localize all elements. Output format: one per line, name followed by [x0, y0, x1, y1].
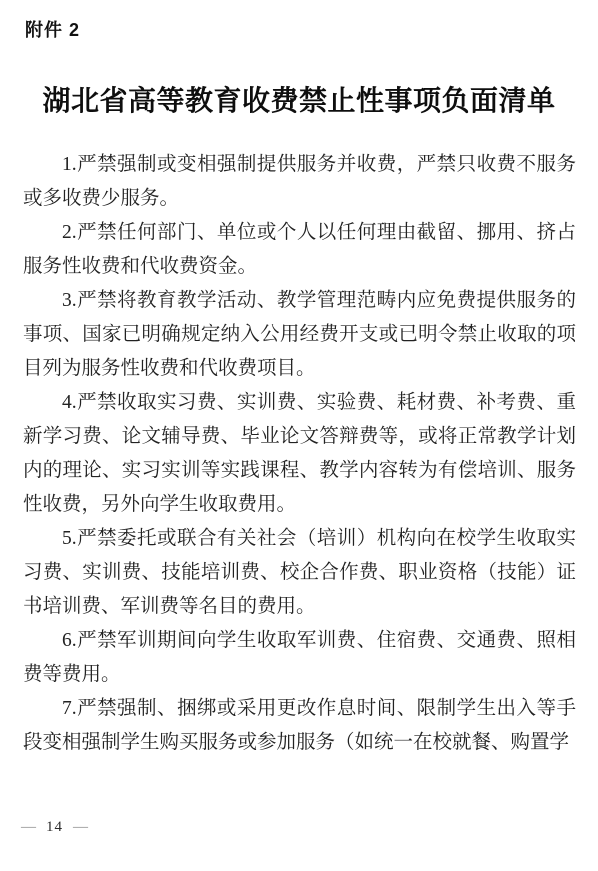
footer-page-number: 14 [46, 819, 63, 835]
body-paragraph-4: 4.严禁收取实习费、实训费、实验费、耗材费、补考费、重新学习费、论文辅导费、毕业… [23, 386, 576, 522]
body-paragraph-2: 2.严禁任何部门、单位或个人以任何理由截留、挪用、挤占服务性收费和代收费资金。 [23, 216, 576, 284]
page-number: —14— [21, 819, 88, 836]
footer-dash-right: — [73, 819, 88, 835]
body-paragraph-1: 1.严禁强制或变相强制提供服务并收费，严禁只收费不服务或多收费少服务。 [23, 148, 576, 216]
document-title: 湖北省高等教育收费禁止性事项负面清单 [0, 79, 598, 119]
document-page: 附件 2 湖北省高等教育收费禁止性事项负面清单 1.严禁强制或变相强制提供服务并… [0, 0, 598, 871]
body-paragraph-5: 5.严禁委托或联合有关社会（培训）机构向在校学生收取实习费、实训费、技能培训费、… [23, 522, 576, 624]
attachment-label: 附件 2 [25, 16, 80, 42]
body-paragraph-6: 6.严禁军训期间向学生收取军训费、住宿费、交通费、照相费等费用。 [23, 624, 576, 692]
document-body: 1.严禁强制或变相强制提供服务并收费，严禁只收费不服务或多收费少服务。 2.严禁… [23, 148, 576, 760]
body-paragraph-7: 7.严禁强制、捆绑或采用更改作息时间、限制学生出入等手段变相强制学生购买服务或参… [23, 692, 576, 760]
footer-dash-left: — [21, 819, 36, 835]
body-paragraph-3: 3.严禁将教育教学活动、教学管理范畴内应免费提供服务的事项、国家已明确规定纳入公… [23, 284, 576, 386]
